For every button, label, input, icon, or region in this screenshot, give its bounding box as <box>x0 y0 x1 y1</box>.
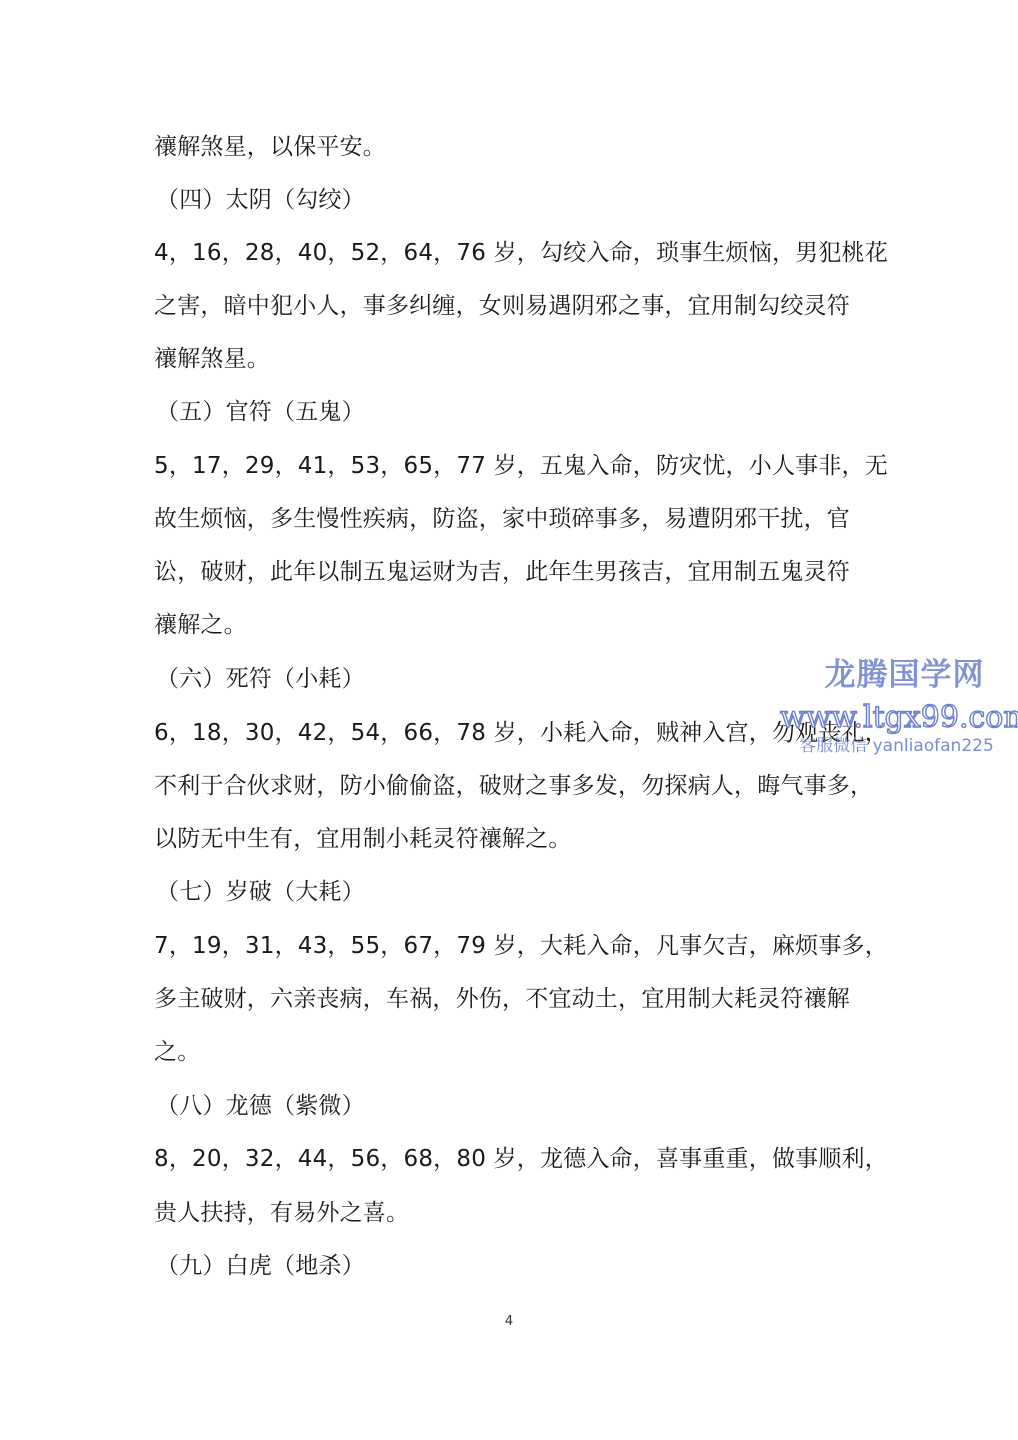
section-heading: （七）岁破（大耗） <box>156 877 365 907</box>
section-heading: （六）死符（小耗） <box>156 664 365 694</box>
section-heading: （九）白虎（地杀） <box>156 1251 365 1281</box>
paragraph-line: 5，17，29，41，53，65，77 岁，五鬼入命，防灾忧，小人事非，无 <box>154 451 888 481</box>
paragraph-line: 贵人扶持，有易外之喜。 <box>154 1198 409 1228</box>
paragraph-line: 8，20，32，44，56，68，80 岁，龙德入命，喜事重重，做事顺利， <box>154 1144 888 1174</box>
paragraph-line: 以防无中生有，宜用制小耗灵符禳解之。 <box>154 824 572 854</box>
paragraph-line: 禳解煞星。 <box>154 344 270 374</box>
section-heading: （四）太阴（勾绞） <box>156 185 365 215</box>
paragraph-line: 之害，暗中犯小人，事多纠缠，女则易遇阴邪之事，宜用制勾绞灵符 <box>154 291 850 321</box>
paragraph-line: 不利于合伙求财，防小偷偷盗，破财之事多发，勿探病人，晦气事多， <box>154 771 873 801</box>
paragraph-line: 多主破财，六亲丧病，车祸，外伤，不宜动土，宜用制大耗灵符禳解 <box>154 984 850 1014</box>
paragraph-line: 6，18，30，42，54，66，78 岁，小耗入命，贼神入宫，勿观丧礼， <box>154 718 888 748</box>
paragraph-line: 讼，破财，此年以制五鬼运财为吉，此年生男孩吉，宜用制五鬼灵符 <box>154 557 850 587</box>
paragraph-line: 4，16，28，40，52，64，76 岁，勾绞入命，琐事生烦恼，男犯桃花 <box>154 238 888 268</box>
watermark-title: 龙腾国学网 <box>794 655 1015 695</box>
paragraph-line: 故生烦恼，多生慢性疾病，防盗，家中琐碎事多，易遭阴邪干扰，官 <box>154 504 850 534</box>
document-page: 禳解煞星，以保平安。（四）太阴（勾绞）4，16，28，40，52，64，76 岁… <box>0 0 1018 1440</box>
section-heading: （五）官符（五鬼） <box>156 397 365 427</box>
paragraph-line: 禳解煞星，以保平安。 <box>154 132 386 162</box>
section-heading: （八）龙德（紫微） <box>156 1091 365 1121</box>
page-number: 4 <box>0 1314 1018 1329</box>
paragraph-line: 之。 <box>154 1037 200 1067</box>
paragraph-line: 7，19，31，43，55，67，79 岁，大耗入命，凡事欠吉，麻烦事多， <box>154 931 888 961</box>
paragraph-line: 禳解之。 <box>154 610 247 640</box>
